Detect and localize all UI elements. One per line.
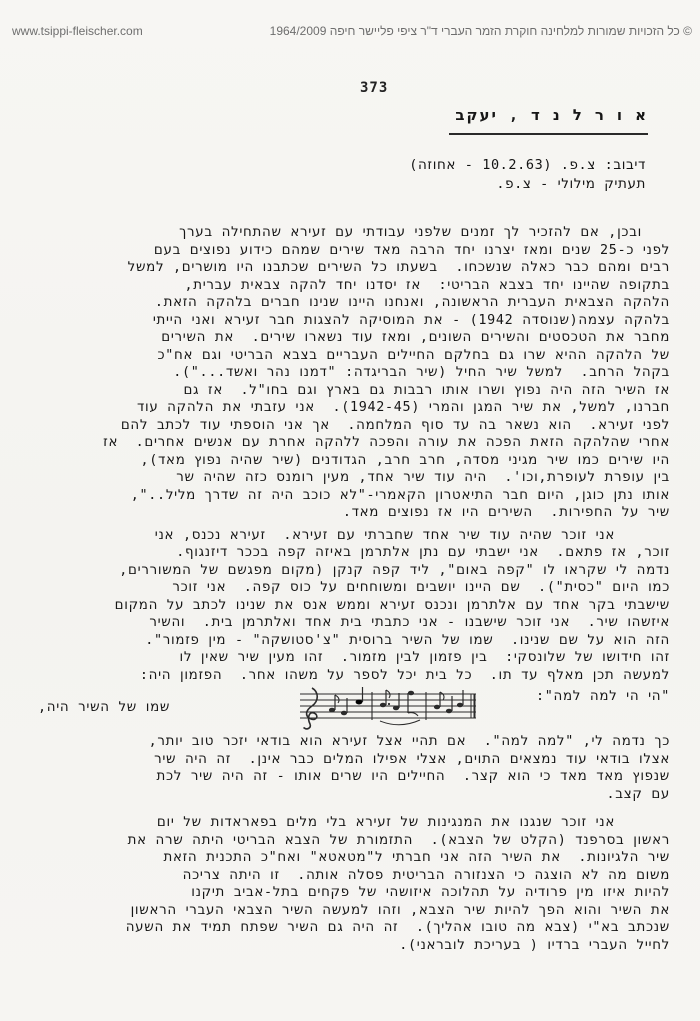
paragraph-4: אני זוכר שנגנו את המנגינות של זעירא בלי …	[38, 814, 670, 954]
music-line: "הי הי למה למה":	[38, 685, 670, 731]
paragraph-2: אני זוכר שהיה עוד שיר אחד שחברתי עם זעיר…	[38, 527, 670, 685]
paragraph-1: ובכן, אם להזכיר לך זמנים שלפני עבודתי עם…	[38, 224, 670, 522]
paragraph-3: כך נדמה לי, "למה למה". אם תהיי אצל זעירא…	[38, 733, 670, 803]
page-number: 373	[360, 80, 388, 96]
paragraph-gap	[38, 803, 670, 814]
website-url: www.tsippi-fleischer.com	[12, 24, 143, 38]
music-notation-image	[288, 685, 480, 731]
body-text: ובכן, אם להזכיר לך זמנים שלפני עבודתי עם…	[38, 224, 670, 954]
transcript-line: תעתיק מילולי - צ.פ.	[409, 175, 646, 194]
page-header: www.tsippi-fleischer.com © כל הזכויות שמ…	[12, 24, 692, 38]
dictation-line: דיבוב: צ.פ. (10.2.63 - אחוזה)	[409, 156, 646, 175]
copyright-notice: © כל הזכויות שמורות למלחינה חוקרת הזמר ה…	[270, 24, 692, 38]
entry-title: א ו ר ל נ ד , יעקב	[449, 106, 648, 135]
music-line-suffix: שמו של השיר היה,	[38, 699, 170, 717]
scanned-document-page: www.tsippi-fleischer.com © כל הזכויות שמ…	[0, 0, 700, 1021]
meta-block: דיבוב: צ.פ. (10.2.63 - אחוזה) תעתיק מילו…	[409, 156, 646, 194]
music-line-prefix: "הי הי למה למה":	[536, 685, 670, 706]
